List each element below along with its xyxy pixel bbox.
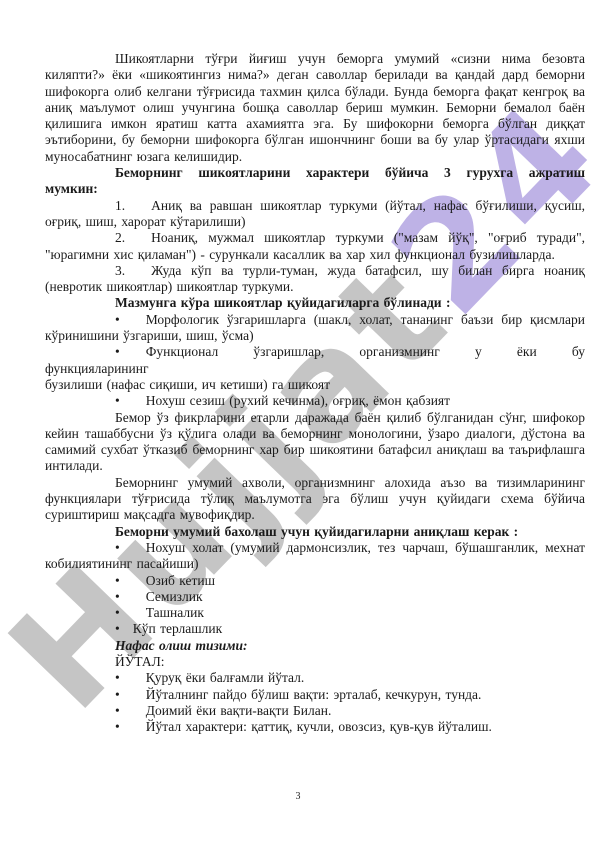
bullet-item-cough-type: •Қуруқ ёки балғамли йўтал. (45, 670, 585, 686)
heading-general-assessment: Беморни умумий бахолаш учун қуйидагиларн… (45, 524, 585, 540)
bullet-item-cough-time: •Йўталнинг пайдо бўлиш вақти: эрталаб, к… (45, 687, 585, 703)
bullet-item-functional-line3: бузилиши (нафас сиқиши, ич кетиши) га ши… (45, 377, 585, 393)
label-cough: ЙЎТАЛ: (45, 654, 585, 670)
item-text: Семизлик (146, 589, 203, 604)
bullet-icon: • (115, 573, 120, 588)
item-text: Аниқ ва равшан шикоятлар туркуми (йўтал,… (45, 198, 585, 229)
paragraph-general-condition: Беморнинг умумий ахволи, организмнинг ал… (45, 475, 585, 524)
bullet-icon: • (115, 540, 120, 555)
item-text: Жуда кўп ва турли-туман, жуда батафсил, … (45, 263, 585, 294)
paragraph-doctor-initiative: Бемор ўз фикрларини етарли даражада баён… (45, 410, 585, 475)
bullet-item-cough-frequency: •Доимий ёки вақти-вақти Билан. (45, 703, 585, 719)
item-number: 2. (115, 230, 125, 245)
bullet-item-unpleasant-sensation: •Нохуш сезиш (рухий кечинма), оғриқ, ёмо… (45, 393, 585, 409)
bullet-item-weight-loss: •Озиб кетиш (45, 573, 585, 589)
heading-complaint-groups: Беморнинг шикоятларини характери бўйича … (45, 165, 585, 198)
item-text: Йўтал характери: қаттиқ, кучли, овозсиз,… (146, 719, 492, 734)
bullet-icon: • (115, 344, 120, 359)
bullet-item-functional: •Функционал ўзгаришлар, организмнинг у ё… (45, 344, 585, 393)
bullet-item-malaise: •Нохуш холат (умумий дармонсизлик, тез ч… (45, 540, 585, 573)
heading-complaint-content: Мазмунга кўра шикоятлар қуйидагиларга бў… (45, 295, 585, 311)
heading-complaint-groups-line2: мумкин: (45, 181, 585, 197)
numbered-item-neurotic-complaints: 3.Жуда кўп ва турли-туман, жуда батафсил… (45, 263, 585, 296)
numbered-item-clear-complaints: 1.Аниқ ва равшан шикоятлар туркуми (йўта… (45, 198, 585, 231)
page-number: 3 (0, 791, 596, 802)
bullet-item-functional-line1: •Функционал ўзгаришлар, организмнинг у ё… (45, 344, 585, 360)
bullet-icon: • (115, 605, 120, 620)
item-text: Доимий ёки вақти-вақти Билан. (146, 703, 332, 718)
bullet-item-cough-character: •Йўтал характери: қаттиқ, кучли, овозсиз… (45, 719, 585, 735)
item-text: Ташналик (146, 605, 204, 620)
item-text: Ноаниқ, мужмал шикоятлар туркуми ("мазам… (45, 230, 585, 261)
bullet-item-morphological: •Морфологик ўзгаришларга (шакл, холат, т… (45, 312, 585, 345)
page-body: Шикоятларни тўғри йиғиш учун беморга уму… (45, 51, 585, 735)
item-number: 3. (115, 263, 125, 278)
item-text: Кўп терлашлик (133, 621, 222, 636)
item-text: Нохуш холат (умумий дармонсизлик, тез ча… (45, 540, 585, 571)
bullet-icon: • (115, 589, 120, 604)
item-text: Функционал ўзгаришлар, организмнинг у ёк… (146, 344, 585, 359)
bullet-icon: • (115, 393, 120, 408)
bullet-item-sweating: •Кўп терлашлик (45, 621, 585, 637)
bullet-item-obesity: •Семизлик (45, 589, 585, 605)
item-text: Қуруқ ёки балғамли йўтал. (146, 670, 305, 685)
bullet-icon: • (115, 687, 120, 702)
bullet-icon: • (115, 621, 120, 636)
item-text: Морфологик ўзгаришларга (шакл, холат, та… (45, 312, 585, 343)
bullet-icon: • (115, 719, 120, 734)
bullet-icon: • (115, 312, 120, 327)
heading-respiratory-system: Нафас олиш тизими: (45, 638, 585, 654)
item-text: Йўталнинг пайдо бўлиш вақти: эрталаб, ке… (146, 687, 482, 702)
bullet-item-functional-line2: функцияларининг (45, 361, 585, 377)
bullet-icon: • (115, 703, 120, 718)
heading-complaint-groups-line1: Беморнинг шикоятларини характери бўйича … (45, 165, 585, 181)
item-text: Озиб кетиш (146, 573, 215, 588)
paragraph-complaints-intro: Шикоятларни тўғри йиғиш учун беморга уму… (45, 51, 585, 165)
numbered-item-vague-complaints: 2.Ноаниқ, мужмал шикоятлар туркуми ("маз… (45, 230, 585, 263)
document-page: Hujjat24 Шикоятларни тўғри йиғиш учун бе… (0, 0, 596, 842)
item-number: 1. (115, 198, 125, 213)
bullet-item-thirst: •Ташналик (45, 605, 585, 621)
bullet-icon: • (115, 670, 120, 685)
item-text: Нохуш сезиш (рухий кечинма), оғриқ, ёмон… (146, 393, 450, 408)
